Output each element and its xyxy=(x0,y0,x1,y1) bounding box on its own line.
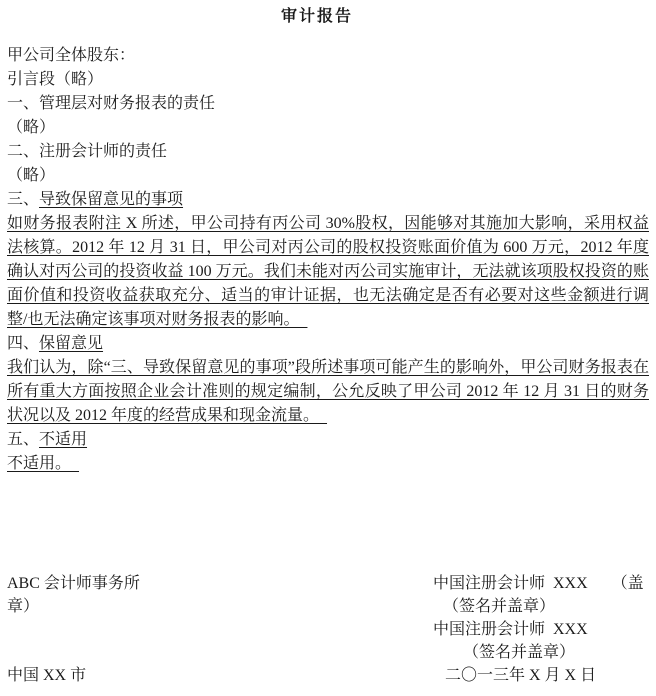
section-2-body: （略） xyxy=(7,164,649,188)
salutation: 甲公司全体股东： xyxy=(7,44,649,68)
section-1-heading: 一、管理层对财务报表的责任 xyxy=(7,92,649,116)
section-5-heading: 五、不适用 xyxy=(7,428,649,452)
cpa-signature-note-1: （签名并盖章） xyxy=(443,595,555,618)
section-3-heading: 三、导致保留意见的事项 xyxy=(7,188,649,212)
section-1-heading-prefix: 一、 xyxy=(7,95,39,112)
section-3-heading-text: 导致保留意见的事项 xyxy=(39,191,183,208)
section-2-heading-text: 注册会计师的责任 xyxy=(39,143,167,160)
section-5-heading-text: 不适用 xyxy=(39,431,87,448)
section-basis-for-qualified-opinion: 三、导致保留意见的事项 如财务报表附注 X 所述，甲公司持有丙公司 30%股权，… xyxy=(7,188,649,332)
cpa-signature-1: 中国注册会计师 XXX （盖 xyxy=(433,572,644,595)
section-3-body: 如财务报表附注 X 所述，甲公司持有丙公司 30%股权，因能够对其施加大影响，采… xyxy=(7,212,649,332)
section-4-heading: 四、保留意见 xyxy=(7,332,649,356)
section-4-body: 我们认为，除“三、导致保留意见的事项”段所述事项可能产生的影响外，甲公司财务报表… xyxy=(7,356,649,428)
section-2-heading: 二、注册会计师的责任 xyxy=(7,140,649,164)
report-location: 中国 XX 市 xyxy=(7,667,86,684)
signature-row-1: ABC 会计师事务所 中国注册会计师 XXX （盖 xyxy=(7,572,649,595)
signature-row-2: 章） （签名并盖章） xyxy=(7,595,649,618)
section-2-heading-prefix: 二、 xyxy=(7,143,39,160)
section-not-applicable: 五、不适用 不适用。 xyxy=(7,428,649,476)
section-4-heading-text: 保留意见 xyxy=(39,335,103,352)
section-cpa-responsibility: 二、注册会计师的责任 （略） xyxy=(7,140,649,188)
intro-paragraph: 引言段（略） xyxy=(7,68,649,92)
section-management-responsibility: 一、管理层对财务报表的责任 （略） xyxy=(7,92,649,140)
cpa-signature-2: 中国注册会计师 XXX xyxy=(433,618,588,641)
signature-row-5: 中国 XX 市 二〇一三年 X 月 X 日 xyxy=(7,664,649,687)
firm-name-wrap: 章） xyxy=(7,598,39,615)
section-1-body: （略） xyxy=(7,116,649,140)
signature-row-3: 中国注册会计师 XXX xyxy=(7,618,649,641)
section-5-body: 不适用。 xyxy=(7,452,649,476)
section-1-heading-text: 管理层对财务报表的责任 xyxy=(39,95,215,112)
audit-report-page: 审计报告 甲公司全体股东： 引言段（略） 一、管理层对财务报表的责任 （略） 二… xyxy=(0,0,656,696)
signature-row-4: （签名并盖章） xyxy=(7,641,649,664)
cpa-signature-note-2: （签名并盖章） xyxy=(463,641,575,664)
section-5-heading-prefix: 五、 xyxy=(7,431,39,448)
section-4-heading-prefix: 四、 xyxy=(7,335,39,352)
section-3-heading-prefix: 三、 xyxy=(7,191,39,208)
section-qualified-opinion: 四、保留意见 我们认为，除“三、导致保留意见的事项”段所述事项可能产生的影响外，… xyxy=(7,332,649,428)
section-5-body-text: 不适用。 xyxy=(7,455,79,472)
document-title: 审计报告 xyxy=(7,5,627,29)
signature-block: ABC 会计师事务所 中国注册会计师 XXX （盖 章） （签名并盖章） 中国注… xyxy=(7,572,649,687)
firm-name: ABC 会计师事务所 xyxy=(7,575,140,592)
report-date: 二〇一三年 X 月 X 日 xyxy=(445,664,596,687)
